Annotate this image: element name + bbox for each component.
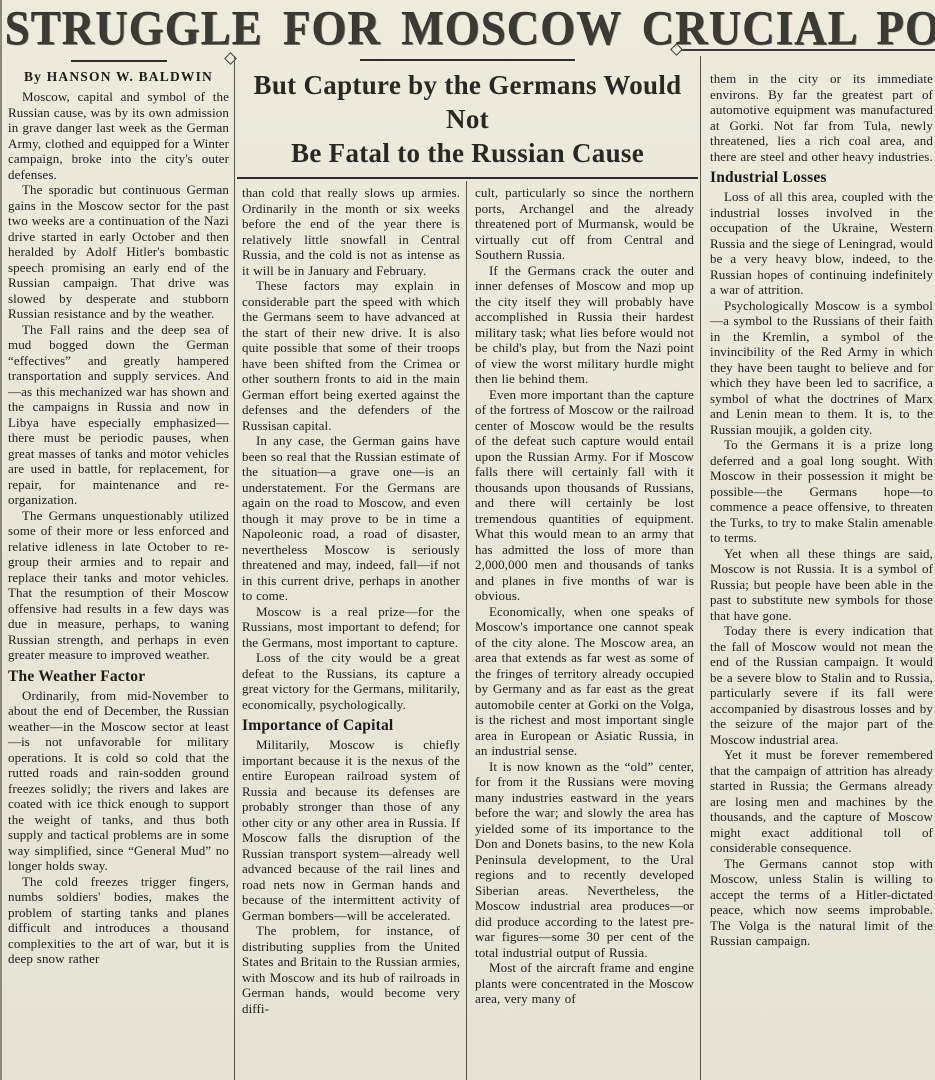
paragraph: To the Germans it is a prize long deferr…: [710, 437, 933, 546]
article-body: By HANSON W. BALDWIN Moscow, capital and…: [2, 56, 935, 1080]
column4-top-rule: [678, 49, 935, 51]
paragraph: Today there is every indication that the…: [710, 623, 933, 747]
deck-bottom-rule: [237, 177, 698, 179]
newspaper-page: STRUGGLE FOR MOSCOW CRUCIAL POINT OF WAR…: [0, 0, 935, 1080]
paragraph: Moscow, capital and symbol of the Russia…: [8, 89, 229, 182]
paragraph: These factors may explain in considerabl…: [242, 278, 460, 433]
paragraph: Moscow is a real prize—for the Russians,…: [242, 604, 460, 651]
paragraph: The Germans cannot stop with Moscow, unl…: [710, 856, 933, 949]
byline: By HANSON W. BALDWIN: [8, 69, 229, 85]
paragraph: cult, particularly so since the northern…: [475, 185, 694, 263]
column-3: cult, particularly so since the northern…: [467, 181, 700, 1080]
paragraph: The Germans unquestionably utilized some…: [8, 508, 229, 663]
paragraph: Economically, when one speaks of Moscow'…: [475, 604, 694, 759]
paragraph: Even more important than the capture of …: [475, 387, 694, 604]
section-subhead-weather-factor: The Weather Factor: [8, 668, 229, 686]
byline-rule: [71, 60, 167, 62]
paragraph: In any case, the German gains have been …: [242, 433, 460, 604]
paragraph: Militarily, Moscow is chiefly important …: [242, 737, 460, 923]
deck-line-2: Be Fatal to the Russian Cause: [235, 136, 700, 170]
paragraph: Psychologically Moscow is a symbol—a sym…: [710, 298, 933, 438]
column-1: By HANSON W. BALDWIN Moscow, capital and…: [2, 56, 235, 1080]
paragraph: The Fall rains and the deep sea of mud b…: [8, 322, 229, 508]
center-section: But Capture by the Germans Would Not Be …: [235, 56, 700, 1080]
paragraph: Loss of the city would be a great defeat…: [242, 650, 460, 712]
paragraph: than cold that really slows up armies. O…: [242, 185, 460, 278]
column-2: than cold that really slows up armies. O…: [235, 181, 467, 1080]
deck-top-rule: [360, 59, 575, 61]
paragraph: If the Germans crack the outer and inner…: [475, 263, 694, 387]
paragraph: Most of the aircraft frame and engine pl…: [475, 960, 694, 1007]
column-4: them in the city or its immediate enviro…: [700, 56, 935, 1080]
paragraph: The cold freezes trigger fingers, numbs …: [8, 874, 229, 967]
deck-headline: But Capture by the Germans Would Not Be …: [235, 56, 700, 179]
paragraph: Yet when all these things are said, Mosc…: [710, 546, 933, 624]
paragraph: them in the city or its immediate enviro…: [710, 71, 933, 164]
deck-line-1: But Capture by the Germans Would Not: [235, 68, 700, 136]
paragraph: The sporadic but continuous German gains…: [8, 182, 229, 322]
section-subhead-industrial-losses: Industrial Losses: [710, 169, 933, 187]
paragraph: Loss of all this area, coupled with the …: [710, 189, 933, 298]
paragraph: It is now known as the “old” center, for…: [475, 759, 694, 961]
section-subhead-importance-of-capital: Importance of Capital: [242, 717, 460, 735]
paragraph: Yet it must be forever remembered that t…: [710, 747, 933, 856]
page-title: STRUGGLE FOR MOSCOW CRUCIAL POINT OF WAR: [2, 0, 935, 55]
paragraph: Ordinarily, from mid-November to about t…: [8, 688, 229, 874]
paragraph: The problem, for instance, of distributi…: [242, 923, 460, 1016]
